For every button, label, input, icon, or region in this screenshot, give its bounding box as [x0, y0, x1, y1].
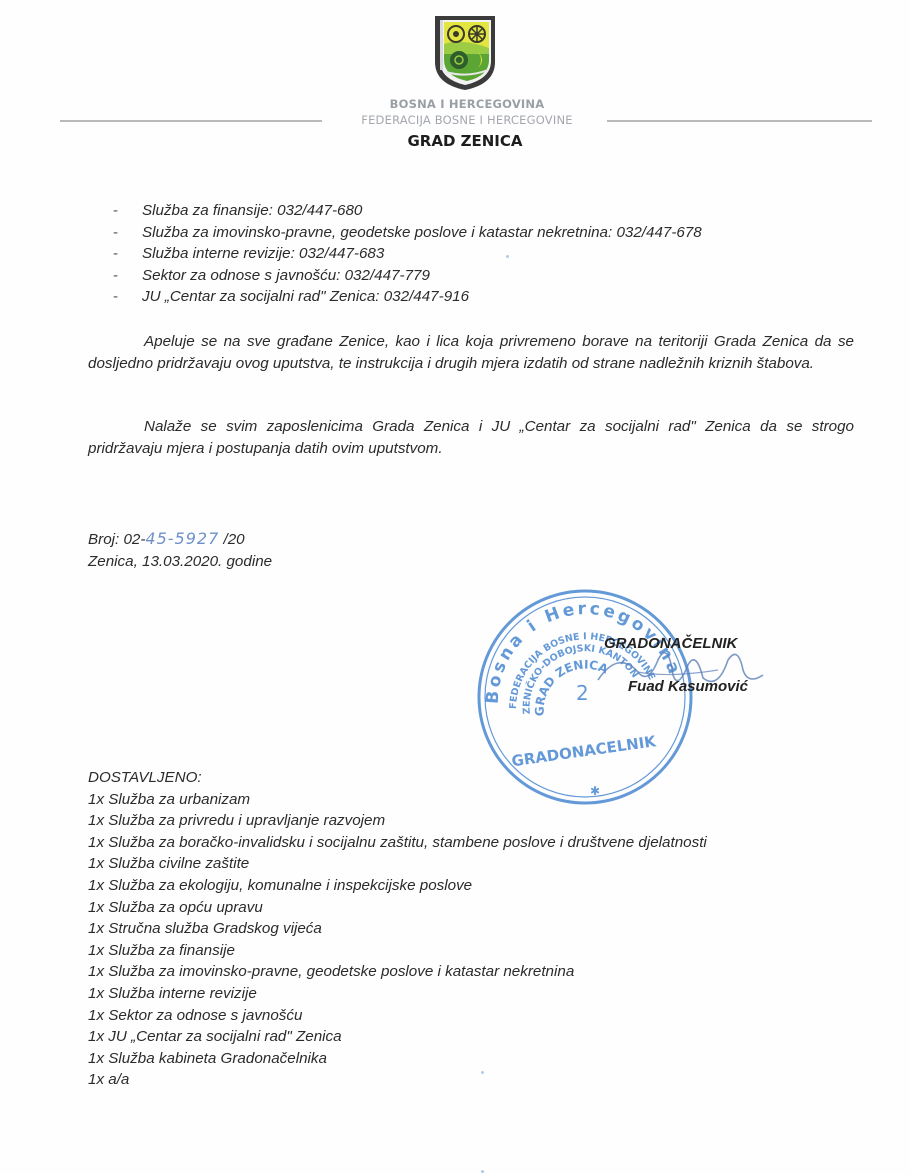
- bullet-dash: -: [113, 265, 118, 287]
- header-city: GRAD ZENICA: [10, 132, 910, 150]
- distribution-item: 1x Služba za privredu i upravljanje razv…: [88, 810, 707, 832]
- distribution-item: 1x JU „Centar za socijalni rad" Zenica: [88, 1026, 707, 1048]
- document-page: BOSNA I HERCEGOVINA FEDERACIJA BOSNE I H…: [0, 0, 910, 1174]
- header-divider-right: [607, 120, 872, 122]
- distribution-title: DOSTAVLJENO:: [88, 767, 707, 789]
- contact-text: Služba interne revizije: 032/447-683: [142, 243, 384, 265]
- bullet-dash: -: [113, 200, 118, 222]
- distribution-item: 1x Služba za urbanizam: [88, 789, 707, 811]
- contact-text: Služba za imovinsko-pravne, geodetske po…: [142, 222, 702, 244]
- scan-speck: [481, 1170, 484, 1173]
- distribution-item: 1x Služba za finansije: [88, 940, 707, 962]
- reference-number: Broj: 02-45-5927 /20: [88, 528, 272, 551]
- instruction-paragraph: Nalaže se svim zaposlenicima Grada Zenic…: [88, 416, 854, 459]
- place-date: Zenica, 13.03.2020. godine: [88, 551, 272, 573]
- contact-text: JU „Centar za socijalni rad" Zenica: 032…: [142, 286, 469, 308]
- signature-name: Fuad Kasumović: [628, 678, 748, 695]
- distribution-item: 1x Služba za opću upravu: [88, 897, 707, 919]
- distribution-item: 1x Služba za ekologiju, komunalne i insp…: [88, 875, 707, 897]
- scan-speck: [481, 1071, 484, 1074]
- distribution-item: 1x Služba civilne zaštite: [88, 853, 707, 875]
- distribution-list: DOSTAVLJENO: 1x Služba za urbanizam 1x S…: [88, 767, 707, 1091]
- coat-of-arms-icon: [432, 14, 498, 92]
- distribution-item: 1x Sektor za odnose s javnošću: [88, 1005, 707, 1027]
- reference-handwritten-number: 45-5927: [145, 529, 219, 548]
- distribution-item: 1x Služba interne revizije: [88, 983, 707, 1005]
- distribution-item: 1x Služba kabineta Gradonačelnika: [88, 1048, 707, 1070]
- contact-text: Služba za finansije: 032/447-680: [142, 200, 362, 222]
- contact-text: Sektor za odnose s javnošću: 032/447-779: [142, 265, 430, 287]
- distribution-item: 1x Služba za boračko-invalidsku i socija…: [88, 832, 707, 854]
- document-reference: Broj: 02-45-5927 /20 Zenica, 13.03.2020.…: [88, 528, 272, 573]
- stamp-bottom-text: GRADONACELNIK: [510, 732, 658, 770]
- bullet-dash: -: [113, 286, 118, 308]
- reference-prefix: Broj: 02-: [88, 531, 145, 548]
- bullet-dash: -: [113, 243, 118, 265]
- distribution-item: 1x Služba za imovinsko-pravne, geodetske…: [88, 961, 707, 983]
- appeal-paragraph: Apeluje se na sve građane Zenice, kao i …: [88, 331, 854, 374]
- reference-suffix: /20: [219, 531, 244, 548]
- bullet-dash: -: [113, 222, 118, 244]
- scan-speck: [506, 255, 509, 258]
- distribution-item: 1x Stručna služba Gradskog vijeća: [88, 918, 707, 940]
- signature-title: GRADONAČELNIK: [604, 635, 737, 652]
- header-country: BOSNA I HERCEGOVINA: [12, 97, 910, 111]
- distribution-item: 1x a/a: [88, 1069, 707, 1091]
